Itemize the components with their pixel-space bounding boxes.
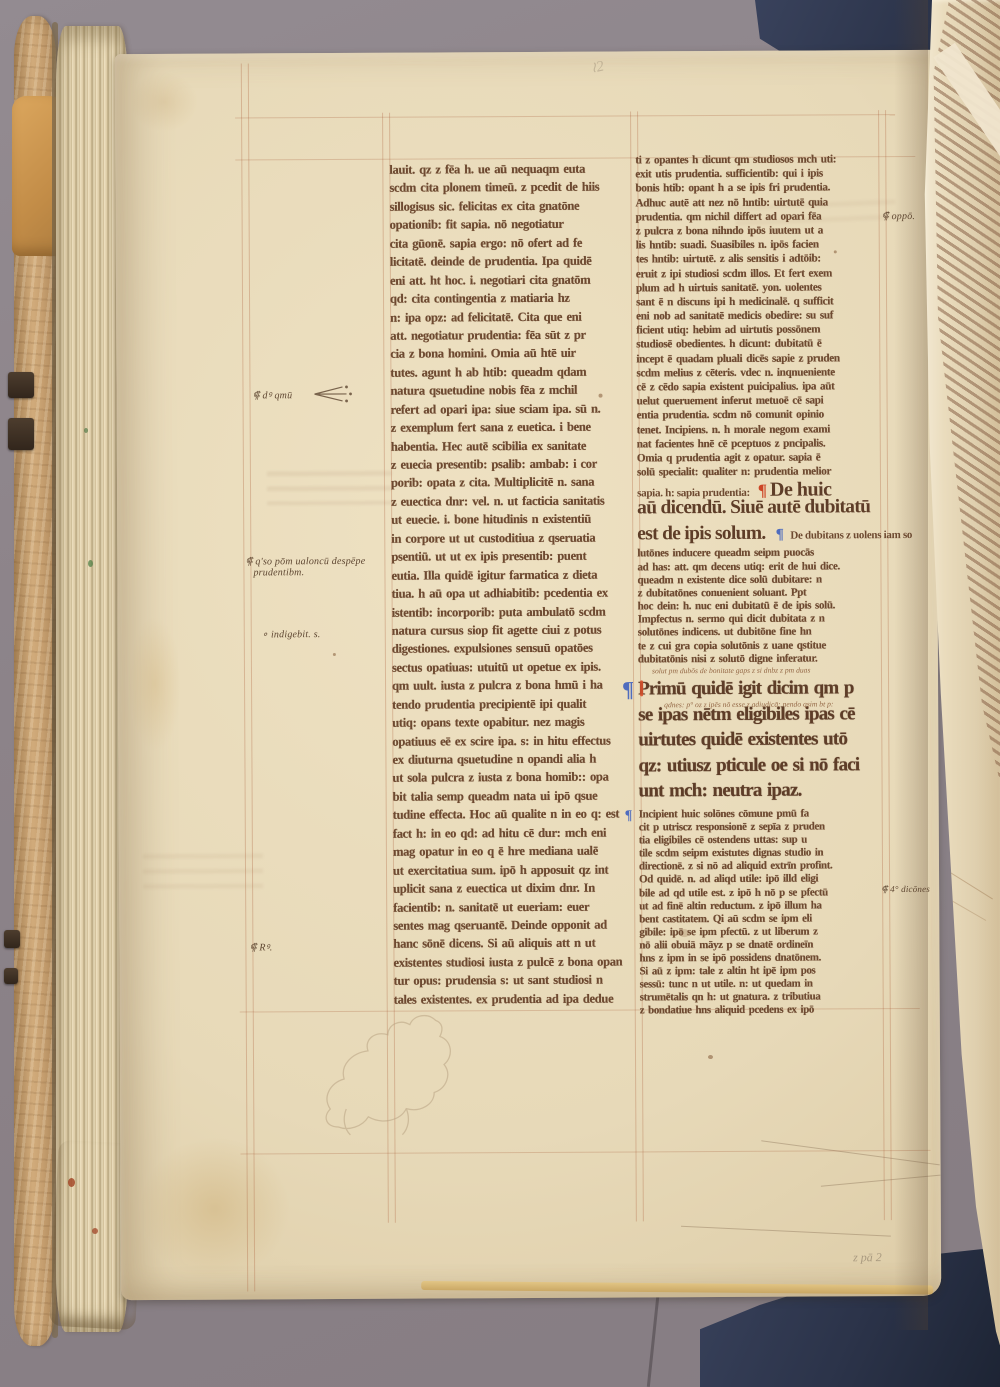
text-line: porib: opata z cita. Multiplicitē n. san… [391,473,637,493]
ruling-line-vertical [241,63,248,1291]
text-line: exit utis prudentia. sufficientib: qui i… [635,166,887,182]
text-line: ut ad finē altin reductum. z ipō illum h… [639,899,891,913]
text-line: z euecia presentib: psalib: ambab: i cor [391,454,637,474]
text-line: ut euecie. i. bone hitudinis n existenti… [391,510,637,530]
text-line: sant ē n discuns ipi h medicinalē. q suf… [636,294,888,310]
text-line: gibile: ipō se ipm pfectū. z ut liberum … [639,925,891,939]
rust-spot [68,1178,75,1187]
top-corner-stain [119,62,209,142]
text-line: in corpore ut ut custoditiua z qseruatia [391,528,637,548]
interlinear-gloss: solut pm dubōs de bonitate gaps z si dnb… [652,666,810,676]
text-line: hoc dein: h. nuc eni dubitatū ē de ipis … [638,599,890,614]
text-line: digestiones. expulsiones sensuū opatōes [392,639,638,659]
large-script-text: est de ipis solum. [637,523,765,545]
text-line: existentes studiosi iusta z pulcē z bona… [393,952,639,972]
text-line: uelut queruement inferut metuoē cē sapi [637,393,889,409]
page-bottom-edge [421,1281,933,1294]
text-line: qd: cita contingentia z matiaria hz [390,288,636,308]
text-line: ad has: att. qm decens utiq: erit de hui… [637,560,889,575]
text-line: tutes. agunt h ab htib: queadm qdam [390,362,636,382]
animal-sketch-doodle [286,1008,497,1139]
blue-pilcrow-icon: ¶ [776,527,783,543]
text-line: utiq: opans texte opabitur. nez magis [392,713,638,733]
text-line: lis hntib: suadi. Suasibiles n. ipōs fac… [636,237,888,253]
text-line: Adhuc autē att nez nō hntib: uirtutē qui… [635,195,887,211]
text-line: directionē. z si nō ad aliquid extrīn pr… [639,859,891,873]
text-line: incept ē quadam pluali dicēs sapie z pru… [636,351,888,367]
text-line: sentes mag qseruantē. Deinde opponit ad [393,915,639,935]
text-line: z bondatiue hns aliquid pcedens ex ipō [640,1003,892,1017]
text-line: prudentia. qm nichil differt ad opari fē… [636,209,888,225]
turning-page-shadow [894,0,928,1330]
display-script-block: ¶ qdnes: p° oz z ipēs nō esse z adiudicā… [638,675,891,804]
text-line: uirtutes quidē existentes utō [638,726,890,753]
corner-stain [114,1113,315,1304]
text-line: Incipient huic solōnes cōmune pmū fa [639,807,891,821]
text-line: tur opus: prudensia s: ut sant studiosi … [394,971,640,991]
text-line: tales existentes. ex prudentia ad ipa de… [394,989,640,1009]
text-line: natura cursus siop fit agette ciui z pot… [392,620,638,640]
text-line: n: ipa opz: ad felicitatē. Cita que eni [390,307,636,327]
scratch-line [681,1226,891,1237]
text-line: hns z ipm in se ipō possidens dnatōnem. [639,951,891,965]
ruling-line-horizontal [235,114,895,118]
text-line: studiosē obedientes. h dicunt: dubitatū … [636,337,888,353]
text-line: opatiuus eē ex scire ipa. s: in hitu eff… [392,731,638,751]
text-line: qm uult. iusta z pulcra z bona hmū i ha [392,676,638,696]
margin-note-left-3: ∘ indigebit. s. [262,629,321,640]
text-line: bit talia semp queadm nata ui ipō qsue [393,786,639,806]
clasp-remnant-2 [8,418,34,450]
text-line: eruit z ipi studiosi scdm illos. Et fert… [636,266,888,282]
text-line: Primū quidē igit dicim qm p [638,675,890,702]
right-column-lower-text: ¶ Incipient huic solōnes cōmune pmū faci… [639,807,892,1018]
text-line: strumētalis qn h: ut gnatura. z tributiu… [640,990,892,1004]
text-line: uplicit sana z euectica ut dixim dnr. In [393,878,639,898]
text-column-left: lauit. qz z fēa h. ue aū nequaqm eutascd… [389,159,639,1008]
text-line: licitatē. deinde de prudentia. Ipa quidē [390,252,636,272]
text-line: scdm cita plonem timeū. z pcedit de hiis [389,178,635,198]
text-line: cit p utriscz responsionē z sepīa z prud… [639,820,891,834]
text-line: psentiū. ut ut ex ipis presentib: puent [391,547,637,567]
pencil-mark-top: ≀2 [589,56,606,77]
red-initial-stroke [640,680,643,696]
blue-pilcrow-icon: ¶ [625,808,633,824]
text-line: Od quidē. n. ad aliqd utile: ipō illd el… [639,873,891,887]
edge-stain [120,594,191,774]
clasp-remnant-1 [8,372,34,398]
text-line: z euectica dnr: vel. n. ut facticia sani… [391,491,637,511]
text-line: z dubitatōnes conuenient soluant. Ppt [638,586,890,601]
text-line: refert ad opari ipa: siue sciam ipa. sū … [391,399,637,419]
text-line: bent castitatem. Qi aū scdm se ipm eli [639,912,891,926]
large-script-line: est de ipis solum. ¶ De dubitans z uolen… [637,520,889,547]
text-line: dubitatōnis nisi z solutō digne inferatu… [638,652,890,667]
text-line: Omia q prudentia agit z opatur. sapia ē [637,450,889,466]
right-column-mid-text: lutōnes inducere queadm seipm puocāsad h… [637,546,890,666]
margin-note-left-4: ⸿ Rꝰ. [249,939,272,953]
text-line: istentib: incorporib: puta ambulatō scdm [392,602,638,622]
text-line: bile ad qd utile est. z ipō h nō p se pf… [639,886,891,900]
text-line: tendo prudentia precipientē ipi qualit [392,694,638,714]
text-line: qz: utiusz pticule oe si nō faci [638,752,890,779]
text-line: tiua. h aū opa ut adhiabitib: pcedentia … [392,583,638,603]
text-line: eutia. Illa quidē igitur farmatica z die… [391,565,637,585]
blue-pilcrow-icon: ¶ [622,676,634,702]
text-line: tudine effecta. Hoc aū qualite n in eo q… [393,805,639,825]
ink-spot [333,653,336,656]
rubric-heading-line: sapia. h: sapia prudentia: ¶ De huic [637,478,889,495]
text-column-right: ti z opantes h dicunt qm studiosos mch u… [635,152,892,1018]
verdigris-fleck [84,428,88,433]
text-line: natura qsuetudine nobis fēa z mchil [390,381,636,401]
ink-spot [708,1055,713,1059]
text-line: eni nob ad sanitatē medicis obedire: su … [636,308,888,324]
text-line: nō alii obuiā māyz p se dnatē ordineīn [639,938,891,952]
text-line: fact h: in eo qd: ad hitu cē dur: mch en… [393,823,639,843]
text-line: ut sola pulcra z iusta z bona homib:: op… [392,768,638,788]
blue-pen-mark [938,846,945,858]
margin-flourish [312,383,354,405]
manuscript-photo: lauit. qz z fēa h. ue aū nequaqm eutascd… [0,0,1000,1387]
text-line: facientib: n. sanitatē ut eueriam: euer [393,897,639,917]
text-line: opationib: fit sapia. nō negotiatur [390,215,636,235]
text-line: ex diuturna qsuetudine n opandi alia h [392,749,638,769]
text-line: ficient utiq: hebim ad uirtutis possōnem [636,322,888,338]
text-line: eni att. ht hoc. i. negotiari cita gnatō… [390,270,636,290]
text-line: nat facientes hnē cē pceptuos z pncipali… [637,436,889,452]
text-line: cita gūonē. sapia ergo: nō ofert ad fe [390,233,636,253]
text-line: att. negotiatur prudentia: fēa sūt z pr [390,325,636,345]
text-line: cē z cēdo sapia existent puicipalius. ip… [636,379,888,395]
text-line: mag opatur in eo q ē hre mediana ualē [393,842,639,862]
text-line: sectus opatiuas: utuitū ut opetue ex ipi… [392,657,638,677]
text-line: tia eligibiles cē ostendens uttas: sup u [639,833,891,847]
text-line: solū specialit: qualiter n: prudentia me… [637,464,889,480]
text-line: scdm melius z cēteris. vdec n. inqnuenie… [636,365,888,381]
large-script-line: aū dicendū. Siuē autē dubitatū [637,494,889,521]
open-verso-page: lauit. qz z fēa h. ue aū nequaqm eutascd… [115,50,942,1300]
text-line: z exemplum fert sana z euetica. i bene [391,418,637,438]
turning-page-crease [933,862,993,900]
text-line: lutōnes inducere queadm seipm puocās [637,546,889,561]
text-line: hanc sōnē dicens. Si aū aliquis att n ut [393,934,639,954]
right-column-upper-text: ti z opantes h dicunt qm studiosos mch u… [635,152,889,480]
clasp-remnant-3 [4,930,20,948]
clasp-remnant-4 [4,968,18,984]
verdigris-fleck [88,560,93,567]
text-line: entia prudentia. scdm nō comunit opinio [637,407,889,423]
text-line: ti z opantes h dicunt qm studiosos mch u… [635,152,887,168]
margin-note-left-2: ⸿ qʹso pōm ualoncū despēpe [245,553,365,568]
turning-page-crease [934,890,986,921]
text-line: unt mch: neutra ipaz. [639,777,891,804]
text-line: Si aū z ipm: tale z altin ht ipē ipm pos [640,964,892,978]
text-line: ut exercitatiua sum. ipō h apposuit qz i… [393,860,639,880]
text-line: lauit. qz z fēa h. ue aū nequaqm euta [389,159,635,179]
ink-showthrough [267,471,392,506]
interlinear-gloss: qdnes: p° oz z ipēs nō esse z adiudicā: … [664,699,833,709]
margin-note-left-1: ⸿ dꝰ qmū [252,387,292,401]
table-seam [647,1288,660,1387]
ruling-line-horizontal [241,1150,931,1155]
text-line: sessū: tunc n ut utile. n: ut quedam in [640,977,892,991]
text-line: tenet. Incipiens. n. h morale negom exam… [637,422,889,438]
ruling-line-vertical [248,63,255,1291]
margin-note-left-2b: prudentibm. [253,567,304,578]
pencil-note-bottom-right: z pā 2 [853,1250,882,1265]
text-line: plum ad h uirtuis sanitatē. yon. uolente… [636,280,888,296]
text-line: habentia. Hec autē scibilia ex sanitate [391,436,637,456]
text-line: solutōnes indicens. ut dubitōne fine hn [638,626,890,641]
text-line: te z cui gra copia solutōnis z uane qsti… [638,639,890,654]
text-line: tile scdm seipm existutes dignas studio … [639,846,891,860]
text-line: z pulcra z bona nihndo ipōs iuutem ut a [636,223,888,239]
text-line: tes hntib: uirtutē. z alis sensitis i ad… [636,251,888,267]
text-line: queadm n existente dice solū dubitare: n [637,573,889,588]
text-line: bonis htib: opant h a se ipis fri pruden… [635,180,887,196]
rust-spot [92,1228,98,1234]
text-line: sillogisus sic. felicitas ex cita gnatōn… [389,196,635,216]
text-line: cia z bona homini. Omia aū htē uir [390,344,636,364]
text-line: Impfectus n. sermo qui dicit dubitata z … [638,612,890,627]
